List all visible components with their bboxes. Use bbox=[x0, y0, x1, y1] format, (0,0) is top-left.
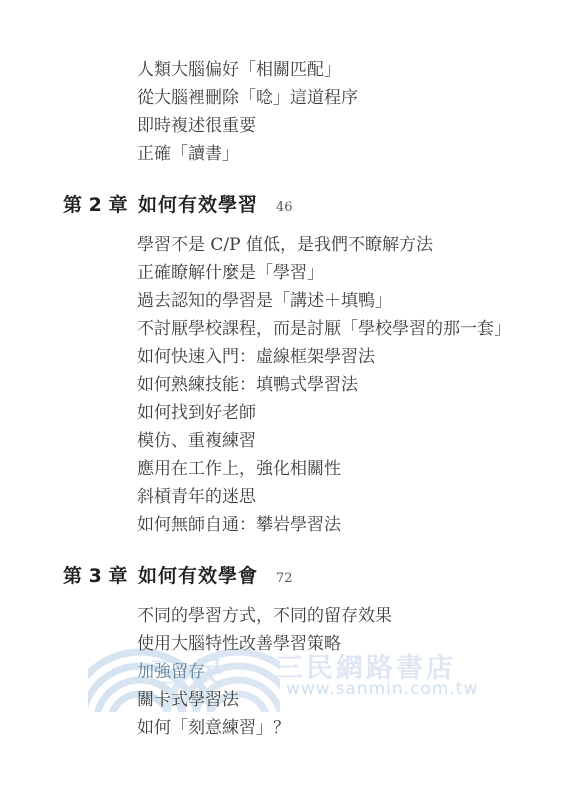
chapter-title: 如何有效學習 bbox=[138, 190, 258, 220]
toc-item: 如何「刻意練習」？ bbox=[137, 714, 564, 742]
chapter-label: 第 3 章 bbox=[63, 561, 138, 591]
chapter-section: 第 2 章 如何有效學習 46 學習不是 C/P 值低，是我們不瞭解方法正確瞭解… bbox=[0, 190, 564, 539]
chapter-heading: 第 2 章 如何有效學習 46 bbox=[63, 190, 564, 223]
chapter-label: 第 2 章 bbox=[63, 190, 138, 220]
toc-item: 人類大腦偏好「相關匹配」 bbox=[137, 56, 564, 84]
chapter-page-number: 72 bbox=[276, 564, 293, 594]
toc-item: 模仿、重複練習 bbox=[137, 427, 564, 455]
toc-item: 如何找到好老師 bbox=[137, 399, 564, 427]
toc-item: 即時複述很重要 bbox=[137, 112, 564, 140]
toc-item: 如何快速入門：虛線框架學習法 bbox=[137, 343, 564, 371]
toc-item: 學習不是 C/P 值低，是我們不瞭解方法 bbox=[137, 231, 564, 259]
toc-item: 正確瞭解什麼是「學習」 bbox=[137, 259, 564, 287]
intro-item-list: 人類大腦偏好「相關匹配」從大腦裡刪除「唸」這道程序即時複述很重要正確「讀書」 bbox=[0, 56, 564, 168]
toc-item: 應用在工作上，強化相關性 bbox=[137, 455, 564, 483]
chapter-page-number: 46 bbox=[276, 193, 293, 223]
toc-item: 過去認知的學習是「講述＋填鴨」 bbox=[137, 287, 564, 315]
toc-item: 從大腦裡刪除「唸」這道程序 bbox=[137, 84, 564, 112]
chapter-item-list: 學習不是 C/P 值低，是我們不瞭解方法正確瞭解什麼是「學習」過去認知的學習是「… bbox=[0, 231, 564, 539]
chapter-item-list: 不同的學習方式，不同的留存效果使用大腦特性改善學習策略加強留存關卡式學習法如何「… bbox=[0, 602, 564, 742]
toc-item: 正確「讀書」 bbox=[137, 140, 564, 168]
toc-item: 不討厭學校課程，而是討厭「學校學習的那一套」 bbox=[137, 315, 564, 343]
toc-item: 如何熟練技能：填鴨式學習法 bbox=[137, 371, 564, 399]
toc-item: 不同的學習方式，不同的留存效果 bbox=[137, 602, 564, 630]
toc-item: 關卡式學習法 bbox=[137, 686, 564, 714]
toc-item: 使用大腦特性改善學習策略 bbox=[137, 630, 564, 658]
table-of-contents: 人類大腦偏好「相關匹配」從大腦裡刪除「唸」這道程序即時複述很重要正確「讀書」 第… bbox=[0, 0, 564, 742]
toc-item: 如何無師自通：攀岩學習法 bbox=[137, 511, 564, 539]
toc-item: 加強留存 bbox=[137, 658, 564, 686]
chapter-section: 第 3 章 如何有效學會 72 不同的學習方式，不同的留存效果使用大腦特性改善學… bbox=[0, 561, 564, 742]
toc-item: 斜槓青年的迷思 bbox=[137, 483, 564, 511]
chapter-title: 如何有效學會 bbox=[138, 561, 258, 591]
chapter-list: 第 2 章 如何有效學習 46 學習不是 C/P 值低，是我們不瞭解方法正確瞭解… bbox=[0, 190, 564, 742]
chapter-heading: 第 3 章 如何有效學會 72 bbox=[63, 561, 564, 594]
book-toc-page: 三民 三民網路書店 www.sanmin.com.tw 人類大腦偏好「相關匹配」… bbox=[0, 0, 564, 800]
